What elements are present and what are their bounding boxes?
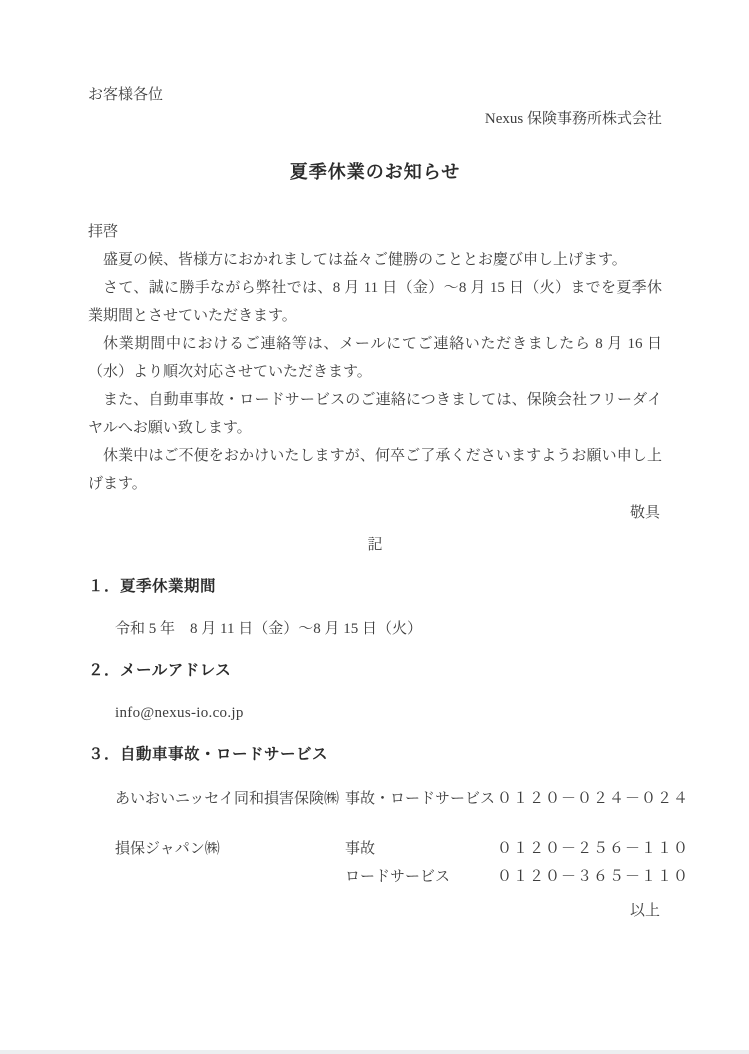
service-cell: 事故 xyxy=(345,835,497,863)
phone-cell: ０１２０－３６５－１１０ xyxy=(497,863,689,891)
company-cell: あいおいニッセイ同和損害保険㈱ xyxy=(115,785,345,813)
phone-cell: ０１２０－０２４－０２４ xyxy=(497,785,689,813)
holiday-period-value: 令和 5 年 8 月 11 日（金）～8 月 15 日（火） xyxy=(88,615,662,643)
page-bottom-edge xyxy=(0,1050,749,1054)
service-cell: 事故・ロードサービス xyxy=(345,785,497,813)
document-title: 夏季休業のお知らせ xyxy=(88,158,662,186)
phone-cell: ０１２０－２５６－１１０ xyxy=(497,835,689,863)
end-marker-ijou: 以上 xyxy=(88,897,662,925)
greeting-paragraph: 盛夏の候、皆様方におかれましては益々ご健勝のこととお慶び申し上げます。 xyxy=(88,246,662,274)
contact-row-sompo-accident: 損保ジャパン㈱ 事故 ０１２０－２５６－１１０ xyxy=(88,835,662,863)
closing-word-keigu: 敬具 xyxy=(88,499,662,527)
body-paragraph-apology: 休業中はご不便をおかけいたしますが、何卒ご了承くださいますようお願い申し上げます… xyxy=(88,442,662,498)
company-cell: 損保ジャパン㈱ xyxy=(115,835,345,863)
email-address-value: info@nexus-io.co.jp xyxy=(88,699,662,727)
section-heading: ２．メールアドレス xyxy=(88,657,662,685)
section-email-address: ２．メールアドレス info@nexus-io.co.jp xyxy=(88,657,662,727)
section-summer-holiday-period: １．夏季休業期間 令和 5 年 8 月 11 日（金）～8 月 15 日（火） xyxy=(88,573,662,643)
service-cell: ロードサービス xyxy=(345,863,497,891)
body-paragraph-road-service: また、自動車事故・ロードサービスのご連絡につきましては、保険会社フリーダイヤルへ… xyxy=(88,386,662,442)
contact-row-sompo-road-service: ロードサービス ０１２０－３６５－１１０ xyxy=(88,863,662,891)
contact-row-aioi: あいおいニッセイ同和損害保険㈱ 事故・ロードサービス ０１２０－０２４－０２４ xyxy=(88,785,662,813)
section-accident-road-service: ３．自動車事故・ロードサービス あいおいニッセイ同和損害保険㈱ 事故・ロードサー… xyxy=(88,741,662,891)
document-page: お客様各位 Nexus 保険事務所株式会社 夏季休業のお知らせ 拝啓 盛夏の候、… xyxy=(0,0,749,1054)
company-cell xyxy=(115,863,345,891)
record-marker-ki: 記 xyxy=(88,531,662,559)
body-paragraph-holiday-period: さて、誠に勝手ながら弊社では、8 月 11 日（金）～8 月 15 日（火）まで… xyxy=(88,274,662,330)
salutation-haikei: 拝啓 xyxy=(88,218,662,246)
sender-company-line: Nexus 保険事務所株式会社 xyxy=(88,108,662,130)
recipient-line: お客様各位 xyxy=(88,84,662,106)
section-heading: ３．自動車事故・ロードサービス xyxy=(88,741,662,769)
body-paragraph-email-response: 休業期間中におけるご連絡等は、メールにてご連絡いただきましたら 8 月 16 日… xyxy=(88,330,662,386)
section-heading: １．夏季休業期間 xyxy=(88,573,662,601)
